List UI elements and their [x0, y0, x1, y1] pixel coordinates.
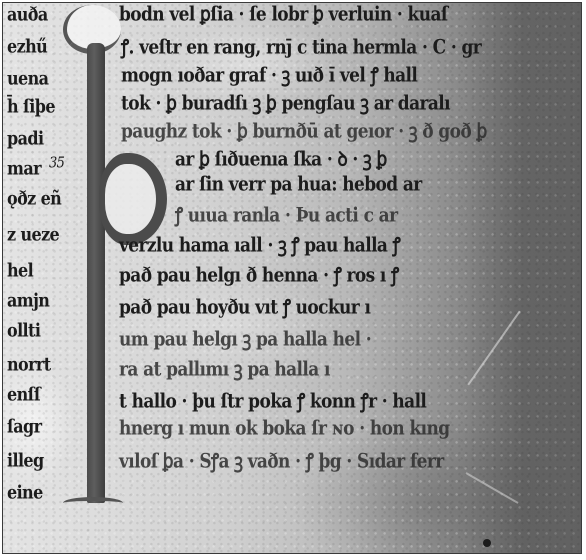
parchment-scratch — [466, 472, 519, 504]
margin-line: auða — [7, 3, 48, 25]
margin-line: amjn — [7, 289, 49, 311]
initial-thorn-foot-flourish — [63, 497, 123, 509]
margin-line: h̄ ſiþe — [7, 95, 55, 117]
margin-line: uena — [7, 67, 48, 89]
margin-line: ollti — [7, 319, 40, 341]
margin-line: hel — [7, 259, 33, 281]
margin-line: norrt — [7, 353, 51, 375]
manuscript-photo: auða ezhű uena h̄ ſiþe padi mar 35 ǫðz e… — [2, 2, 582, 554]
text-line: pað pau hoyðu vıt ꝭ uockur ı — [119, 293, 370, 319]
margin-line: enſſ — [7, 383, 40, 405]
text-line: ꝭ. veſtr en rang, rnȷ̄ c tina hermla · C… — [121, 33, 481, 59]
text-line: ra at pallımı ꝫ pa halla ı — [119, 355, 330, 381]
margin-line: ǫðz eñ — [7, 187, 61, 209]
text-line: t hallo · þu ſtr poka ꝭ konn ꝭr · hall — [119, 387, 426, 413]
text-line: tok · ꝧ buradſı ꝫ ꝧ pengſau ꝫ ar daralı — [121, 89, 450, 115]
text-line: ar ꝧ ſıðuenıa ſka · ꝺ · ꝫ ꝧ — [175, 145, 387, 171]
margin-line: z ueze — [7, 223, 59, 245]
parchment-scratch — [467, 311, 520, 386]
ink-blot — [483, 539, 491, 547]
text-line: ar ſin verr pa hua: hebod ar — [175, 173, 422, 196]
margin-line: illeg — [7, 449, 44, 471]
text-line: um pau helgı ꝫ pa halla hel · — [119, 325, 371, 351]
margin-line: eine — [7, 481, 43, 503]
text-line: mogn ıoðar graf · ꝫ uıð ı̄ vel ꝭ hall — [121, 61, 417, 87]
text-line: vıloſ ꝧa · Sꝭa ꝫ vaðn · ꝭ þg · Sıdar fer… — [119, 447, 444, 473]
shadowed-right-edge — [461, 3, 581, 553]
initial-thorn-stem — [87, 43, 105, 503]
text-line: verzlu hama ıall · ꝫ ꝭ pau halla ꝭ — [119, 231, 400, 257]
margin-line: ſagr — [7, 415, 41, 437]
text-line: hnerg ı mun ok boka ſr ɴo · hon kıng — [119, 417, 450, 440]
text-line: paughz tok · ꝧ burnðū at geıor · ꝫ ð goð… — [121, 117, 487, 143]
folio-number: 35 — [49, 155, 64, 172]
margin-line: ezhű — [7, 35, 47, 57]
text-line: pað pau helgı ð henna · ꝭ ros ı ꝭ — [119, 261, 399, 287]
text-line: ꝭ uıua ranla · Þu acti c ar — [175, 201, 397, 227]
margin-line: mar — [7, 157, 41, 179]
margin-line: padi — [7, 127, 43, 149]
text-line: bodn vel ꝑſia · ſe lobr ꝧ verluin · kuaſ — [119, 3, 448, 26]
